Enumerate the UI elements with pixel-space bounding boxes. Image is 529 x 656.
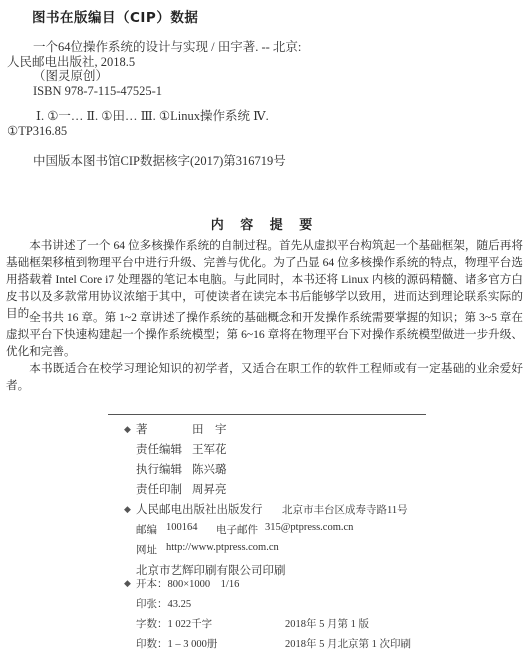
editor-name: 王军花: [192, 441, 227, 457]
cip-isbn: ISBN 978-7-115-47525-1: [33, 84, 162, 99]
summary-title: 内 容 提 要: [0, 214, 529, 233]
diamond-bullet-icon: ◆: [124, 578, 131, 589]
diamond-bullet-icon: ◆: [124, 424, 131, 435]
format: 开本：800×1000 1/16: [136, 576, 239, 591]
email-label: 电子邮件: [216, 522, 258, 537]
cip-classification: Ⅰ. ①一… Ⅱ. ①田… Ⅲ. ①Linux操作系统 Ⅳ.: [36, 109, 269, 124]
print-run: 印数：1 – 3 000册: [136, 636, 217, 651]
diamond-bullet-icon: ◆: [124, 504, 131, 515]
edition: 2018年 5 月第 1 版: [285, 616, 369, 631]
printing: 2018年 5 月北京第 1 次印刷: [285, 636, 411, 651]
print-manager-name: 周昇亮: [192, 481, 227, 497]
exec-editor-name: 陈兴璐: [192, 461, 227, 477]
cip-publisher-line: 人民邮电出版社, 2018.5: [7, 55, 135, 70]
website-label: 网址: [136, 542, 157, 557]
exec-editor-label: 执行编辑: [136, 461, 182, 477]
summary-paragraph-3: 本书既适合在校学习理论知识的初学者，又适合在职工作的软件工程师或有一定基础的业余…: [6, 360, 523, 394]
publisher-address: 北京市丰台区成寿寺路11号: [282, 502, 408, 517]
sheets: 印张：43.25: [136, 596, 191, 611]
author-label: 著: [136, 421, 148, 437]
email: 315@ptpress.com.cn: [265, 522, 353, 533]
print-manager-label: 责任印制: [136, 481, 182, 497]
cip-classification-code: ①TP316.85: [7, 124, 67, 139]
cip-title-line: 一个64位操作系统的设计与实现 / 田宇著. -- 北京:: [33, 40, 301, 55]
cip-series: （图灵原创）: [33, 69, 108, 84]
editor-label: 责任编辑: [136, 441, 182, 457]
cip-record-number: 中国版本图书馆CIP数据核字(2017)第316719号: [33, 154, 286, 169]
postcode-label: 邮编: [136, 522, 157, 537]
divider-rule: [108, 414, 426, 415]
cip-title: 图书在版编目（CIP）数据: [32, 6, 198, 26]
word-count: 字数：1 022千字: [136, 616, 212, 631]
author-name: 田 宇: [192, 421, 227, 437]
summary-paragraph-2: 全书共 16 章。第 1~2 章讲述了操作系统的基础概念和开发操作系统需要掌握的…: [6, 309, 523, 360]
website: http://www.ptpress.com.cn: [166, 542, 279, 553]
publisher: 人民邮电出版社出版发行: [136, 501, 263, 517]
postcode: 100164: [166, 522, 198, 533]
